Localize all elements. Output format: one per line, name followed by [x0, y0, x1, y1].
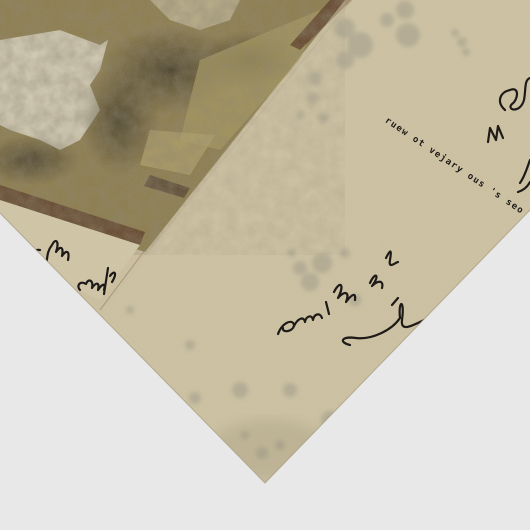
napkin-corner: ruew ot vejary ous 's seo: [0, 0, 530, 530]
product-photo: ruew ot vejary ous 's seo: [0, 0, 530, 530]
